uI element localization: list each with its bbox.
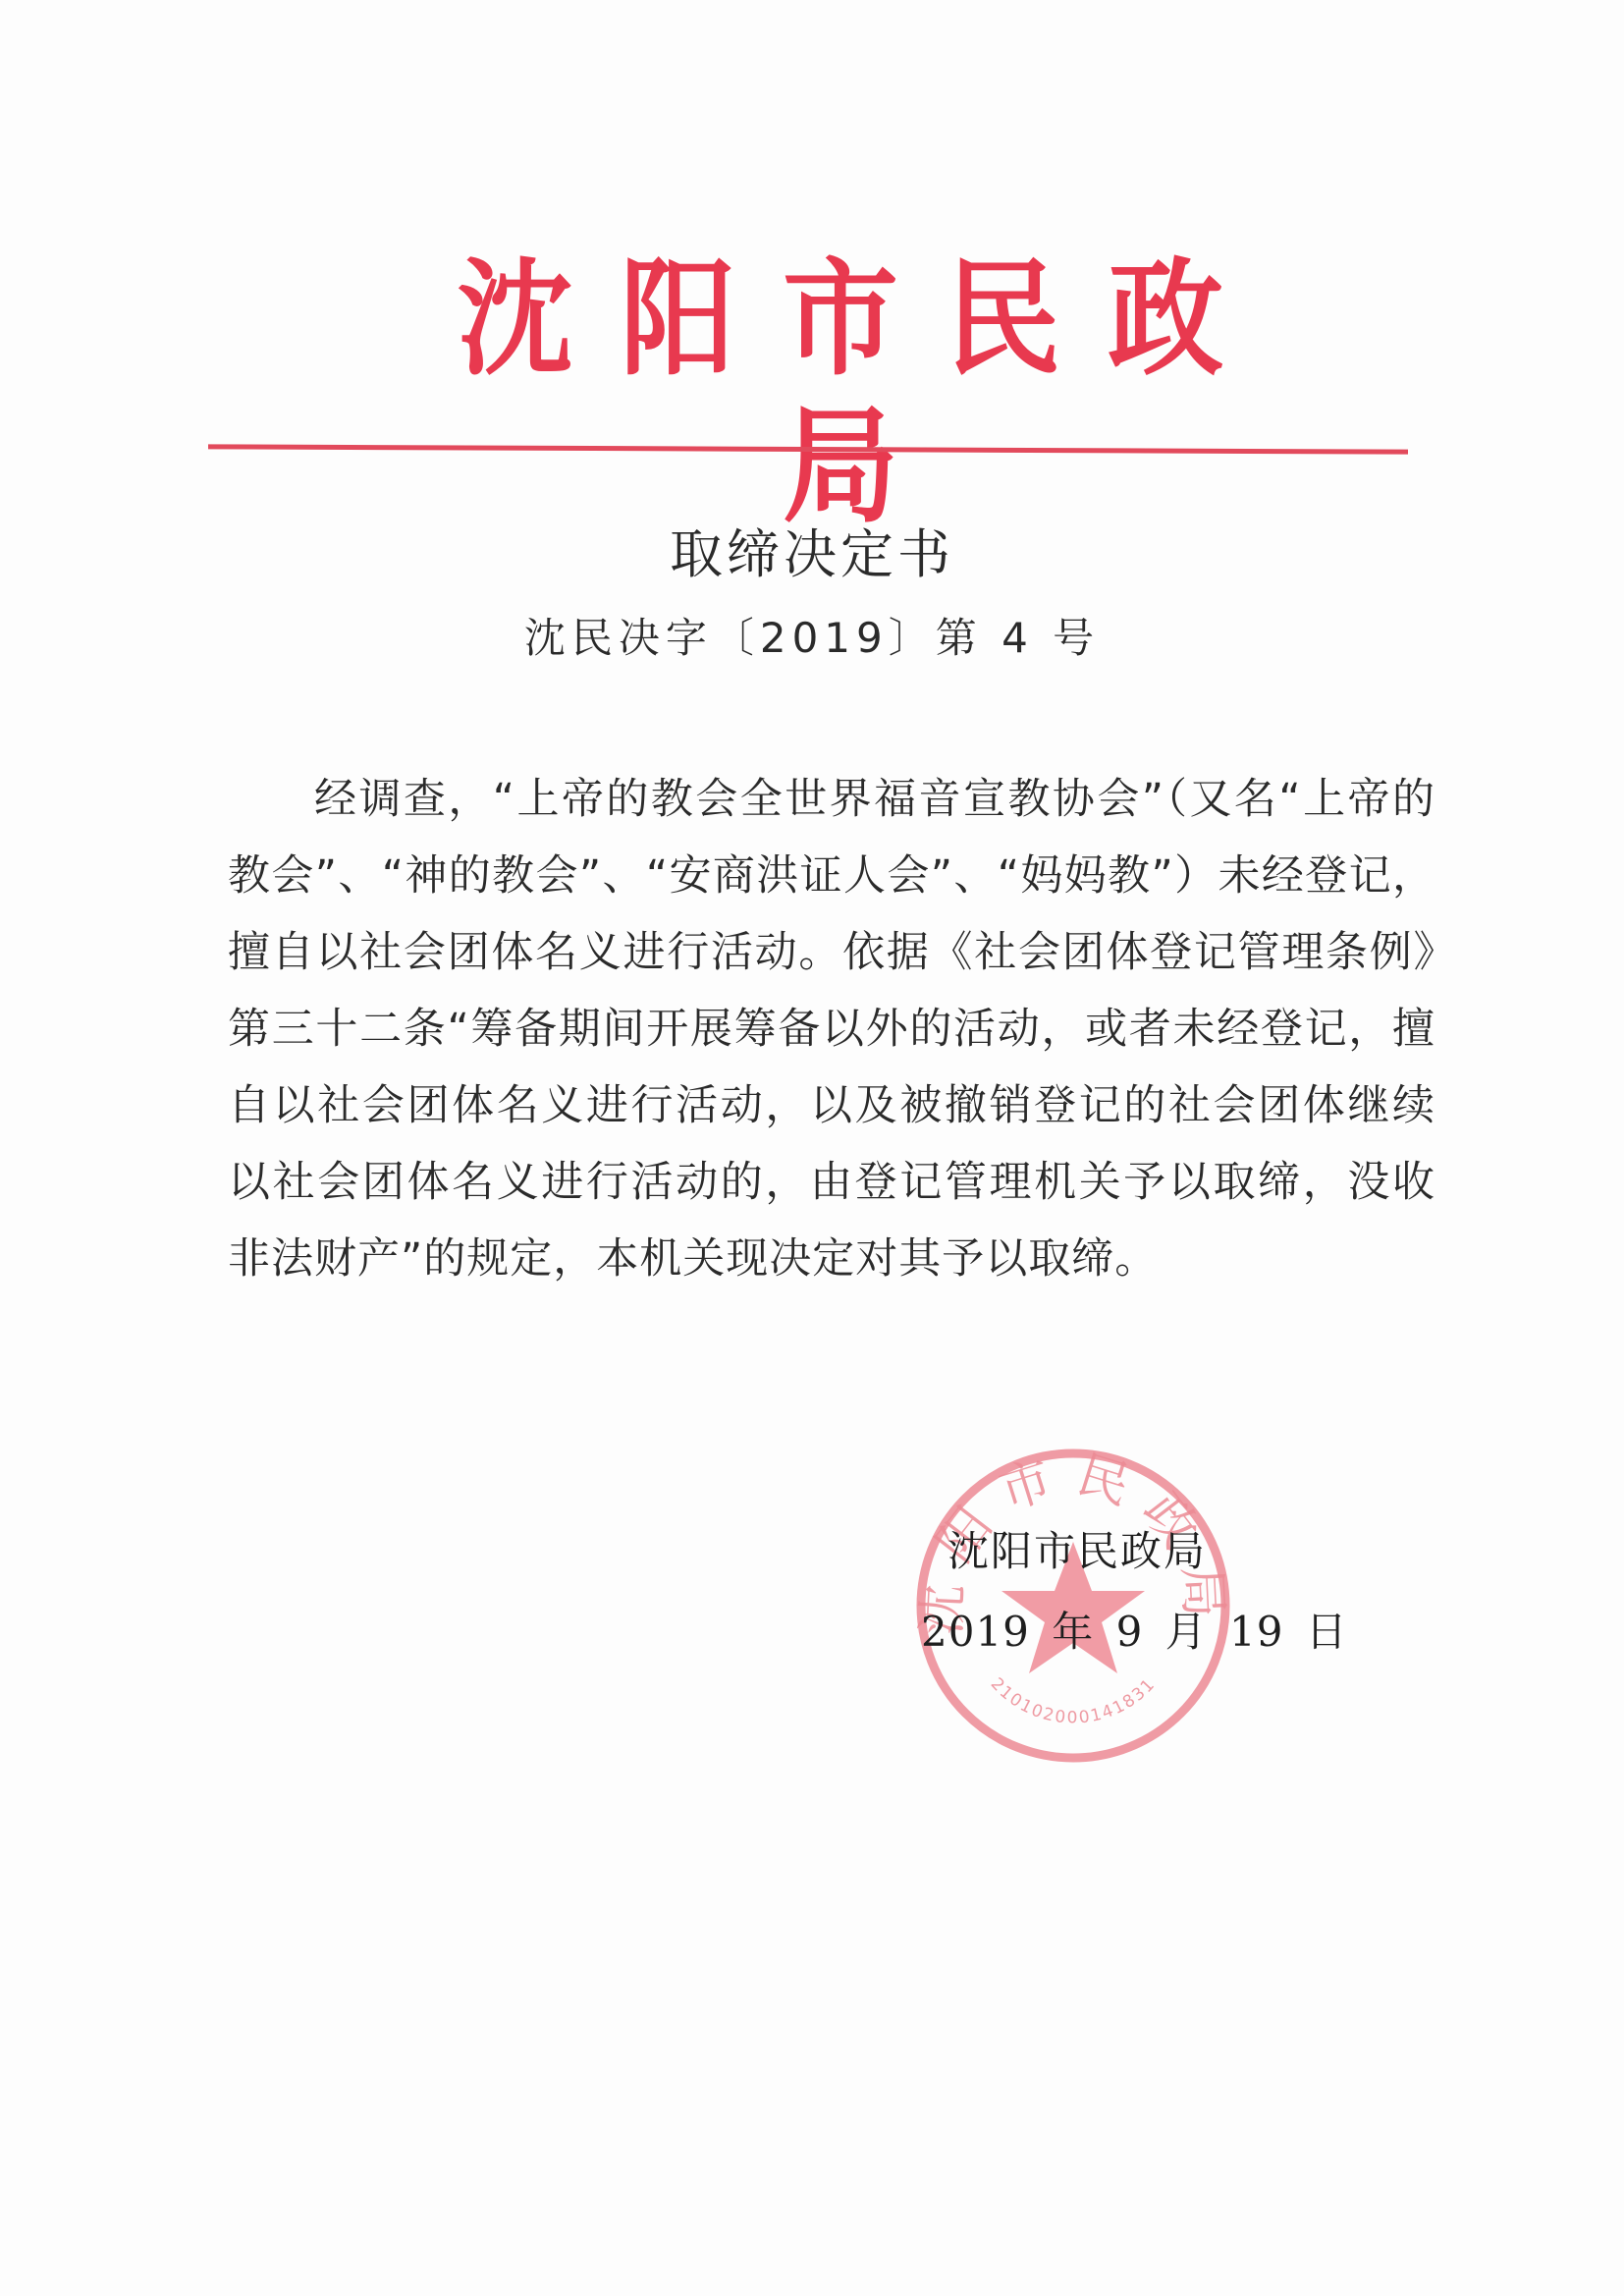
document-number: 沈民决字〔2019〕第 4 号 (0, 609, 1624, 668)
document-page: 沈阳市民政局 取缔决定书 沈民决字〔2019〕第 4 号 经调查，“上帝的教会全… (0, 0, 1624, 2296)
document-body: 经调查，“上帝的教会全世界福音宣教协会”（又名“上帝的教会”、“神的教会”、“安… (228, 761, 1435, 1297)
seal-code: 210102000141831 (987, 1674, 1160, 1728)
svg-text:210102000141831: 210102000141831 (987, 1674, 1160, 1728)
issue-date: 2019 年 9 月 19 日 (921, 1603, 1348, 1662)
body-paragraph: 经调查，“上帝的教会全世界福音宣教协会”（又名“上帝的教会”、“神的教会”、“安… (228, 761, 1435, 1297)
document-title: 取缔决定书 (0, 520, 1624, 589)
agency-letterhead: 沈阳市民政局 (338, 246, 1342, 540)
issuer-signature: 沈阳市民政局 (947, 1522, 1207, 1581)
